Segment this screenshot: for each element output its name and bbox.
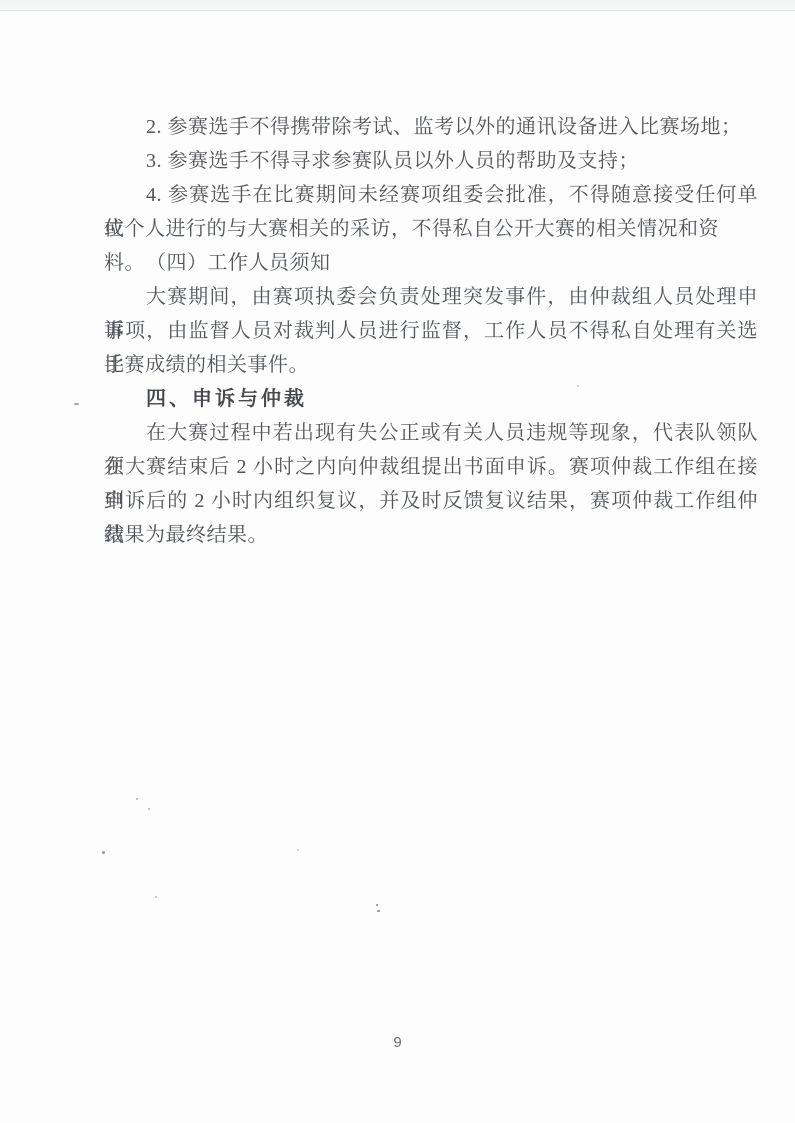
text-line: 大赛期间，由赛项执委会负责处理突发事件，由仲裁组人员处理申诉 [104, 280, 758, 314]
text-line: 结果为最终结果。 [104, 518, 758, 552]
text-line: 事项，由监督人员对裁判人员进行监督，工作人员不得私自处理有关选手 [104, 314, 758, 348]
text-line: 4. 参赛选手在比赛期间未经赛项组委会批准，不得随意接受任何单位 [104, 178, 758, 212]
text-line: （四）工作人员须知 [104, 246, 758, 280]
scan-speck [102, 851, 105, 854]
scan-speck [155, 896, 157, 898]
scan-speck [74, 403, 79, 405]
text-line: 2. 参赛选手不得携带除考试、监考以外的通讯设备进入比赛场地； [104, 110, 758, 144]
scan-speck [297, 849, 299, 851]
text-line: 或个人进行的与大赛相关的采访，不得私自公开大赛的相关情况和资料。 [104, 212, 758, 246]
scan-speck [377, 910, 380, 912]
text-line: 申诉后的 2 小时内组织复议，并及时反馈复议结果，赛项仲裁工作组仲裁 [104, 484, 758, 518]
scan-speck [577, 385, 579, 387]
text-line: 在大赛结束后 2 小时之内向仲裁组提出书面申诉。赛项仲裁工作组在接到 [104, 450, 758, 484]
document-page: 2. 参赛选手不得携带除考试、监考以外的通讯设备进入比赛场地；3. 参赛选手不得… [0, 0, 795, 1123]
text-line: 比赛成绩的相关事件。 [104, 348, 758, 382]
scan-speck [376, 904, 378, 906]
text-line: 3. 参赛选手不得寻求参赛队员以外人员的帮助及支持； [104, 144, 758, 178]
scan-artifact-top-edge [0, 0, 795, 11]
scan-speck [136, 798, 138, 800]
scan-speck [148, 808, 150, 810]
section-heading: 四、申诉与仲裁 [104, 382, 758, 416]
text-line: 在大赛过程中若出现有失公正或有关人员违规等现象，代表队领队须 [104, 416, 758, 450]
document-body: 2. 参赛选手不得携带除考试、监考以外的通讯设备进入比赛场地；3. 参赛选手不得… [104, 110, 758, 552]
page-number: 9 [0, 1034, 795, 1051]
